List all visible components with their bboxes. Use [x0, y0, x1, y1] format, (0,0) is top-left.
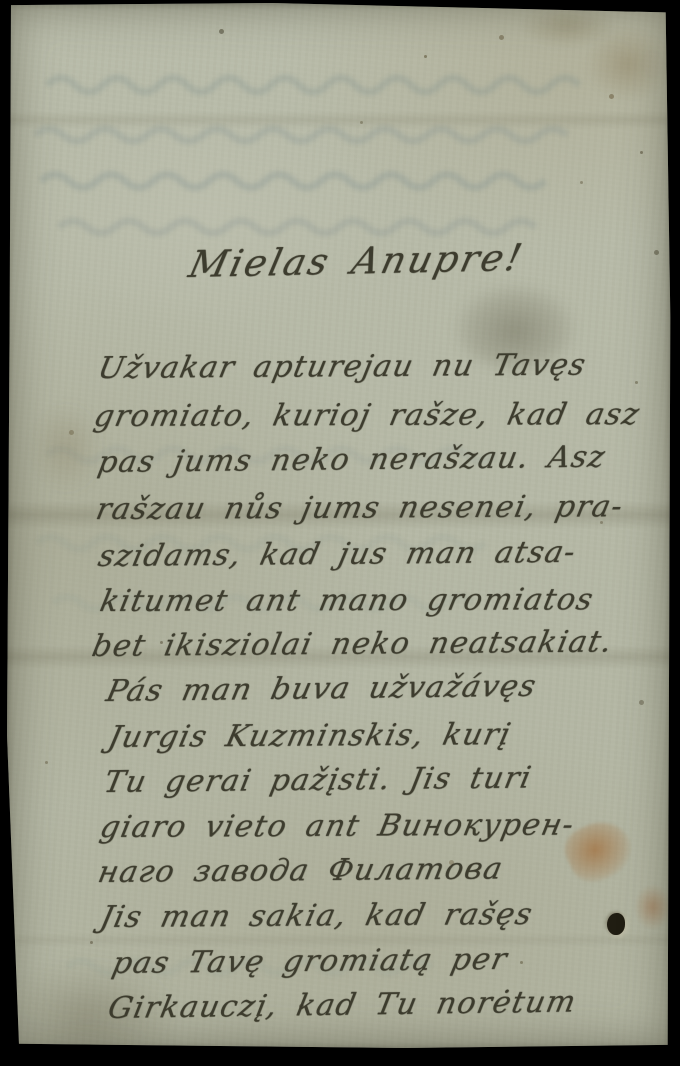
letter-line: Pás man buva užvažávęs: [103, 669, 540, 709]
letter-line: giaro vieto ant Винокурен-: [97, 808, 578, 845]
letter-line: Užvakar apturejau nu Tavęs: [95, 348, 590, 386]
letter-line: Jurgis Kuzminskis, kurį: [105, 717, 514, 755]
letter-line: Tu gerai pažįsti. Jis turi: [101, 761, 535, 800]
letter-line: pas Tavę gromiatą per: [109, 942, 511, 981]
letter-line: pas jums neko nerašzau. Asz: [95, 440, 609, 480]
paper-speckles: [7, 3, 10, 6]
letter-line: Jis man sakia, kad rašęs: [97, 897, 536, 935]
letter-line: gromiato, kurioj rašze, kad asz: [91, 397, 643, 434]
letter-line: наго завода Филатова: [95, 851, 507, 890]
salutation: Mielas Anupre!: [185, 236, 528, 286]
letter-line: Girkauczį, kad Tu norėtum: [105, 984, 580, 1026]
letter-line: bet ikisziolai neko neatsakiat.: [89, 624, 616, 664]
letter-line: kitumet ant mano gromiatos: [97, 582, 597, 619]
letter-line: rašzau nůs jums nesenei, pra-: [93, 489, 627, 527]
letter-page: Mielas Anupre! Užvakar apturejau nu Tavę…: [7, 3, 671, 1049]
scan-frame: Mielas Anupre! Užvakar apturejau nu Tavę…: [0, 0, 680, 1066]
letter-line: szidams, kad jus man atsa-: [95, 535, 580, 574]
